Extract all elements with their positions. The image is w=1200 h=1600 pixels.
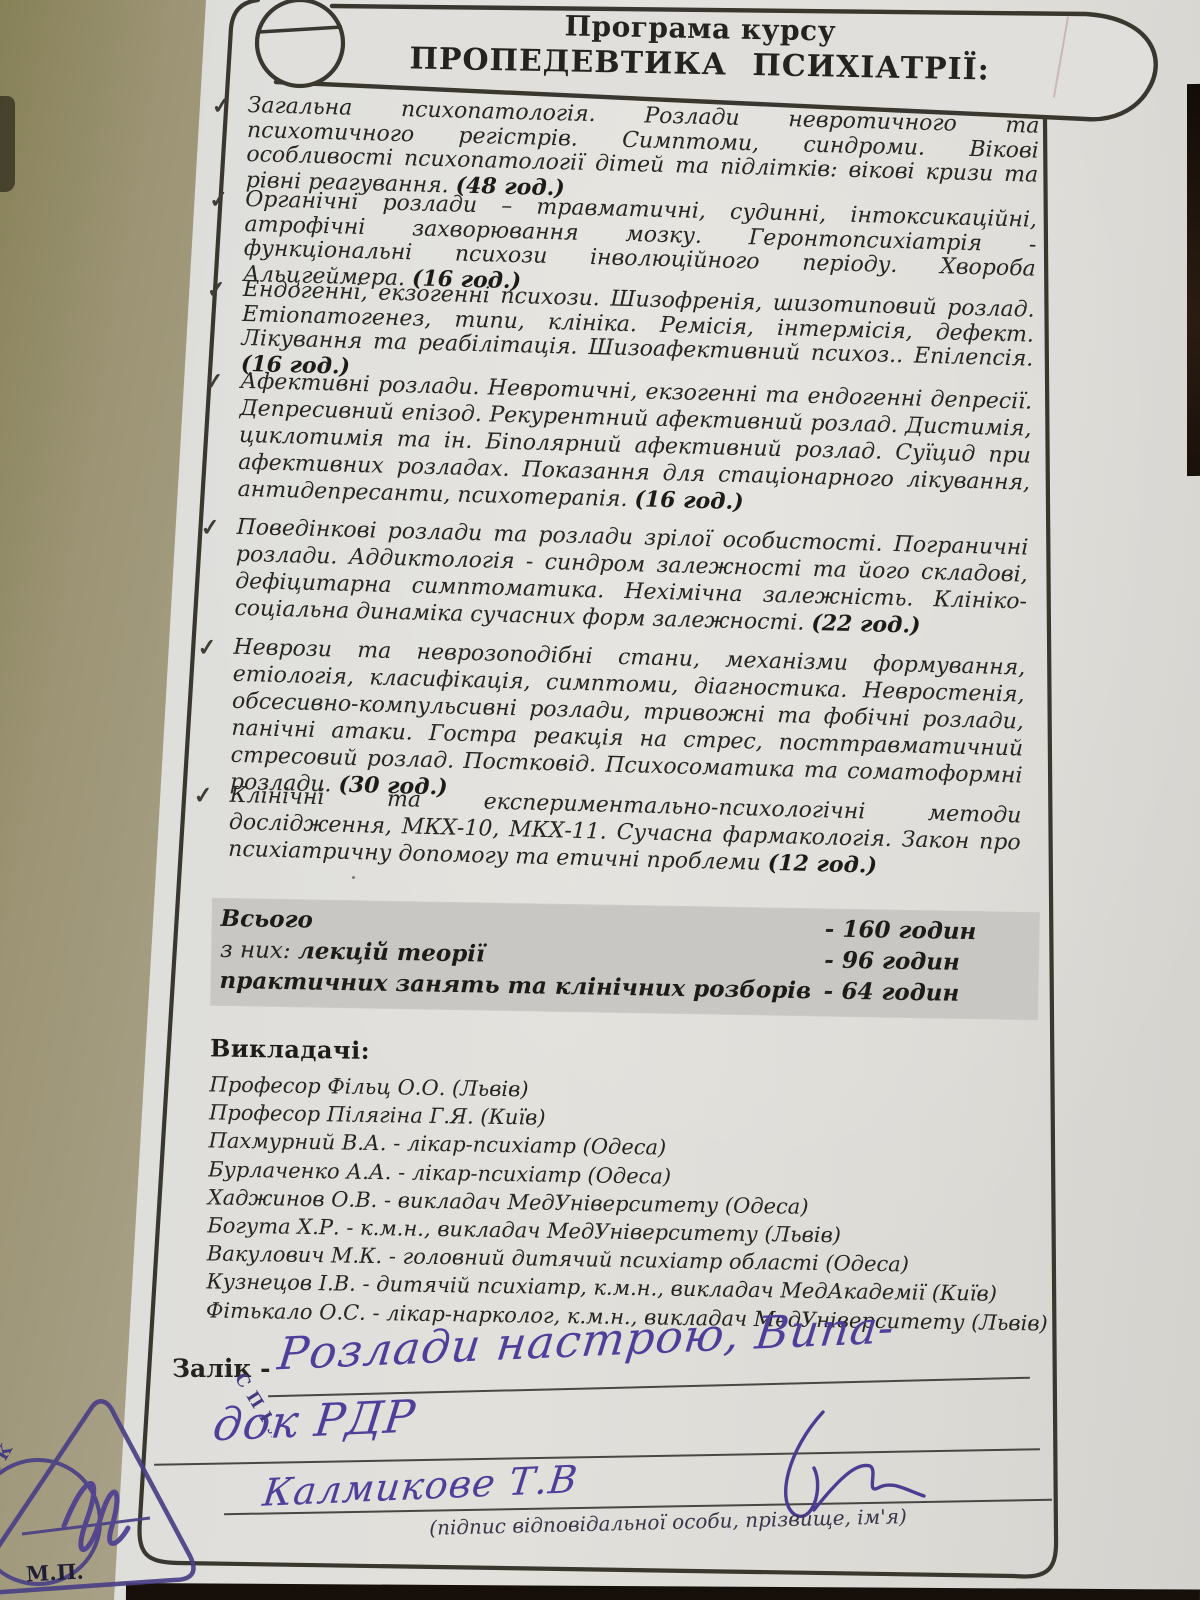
topic-item: ✓ Поведінкові розлади та розлади зрілої … bbox=[234, 514, 1029, 643]
topic-hours: (22 год.) bbox=[811, 610, 921, 639]
topic-hours: (16 год.) bbox=[634, 486, 744, 515]
checkmark-icon: ✓ bbox=[206, 278, 227, 304]
summary-value: 96 годин bbox=[842, 947, 1038, 977]
summary-value: 160 годин bbox=[842, 916, 1038, 946]
paper-speck bbox=[352, 876, 355, 879]
stamp-text-left: КРАЇНСЬК bbox=[0, 1435, 20, 1582]
instructors-section: Викладачі: Професор Фільц О.О. (Львів) П… bbox=[206, 1033, 1050, 1337]
table-edge-right bbox=[1187, 84, 1200, 476]
checkmark-icon: ✓ bbox=[203, 367, 224, 395]
summary-value: 64 годин bbox=[841, 978, 1037, 1008]
course-title: Програма курсу ПРОПЕДЕВТИКА ПСИХІАТРІЇ: bbox=[329, 5, 1070, 89]
topic-hours: (12 год.) bbox=[768, 850, 878, 879]
mp-label: М.П. bbox=[25, 1559, 84, 1587]
summary-dash: - bbox=[815, 977, 841, 1004]
checkmark-icon: ✓ bbox=[200, 513, 221, 541]
document-photo: Програма курсу ПРОПЕДЕВТИКА ПСИХІАТРІЇ: … bbox=[0, 0, 1200, 1600]
checkmark-icon: ✓ bbox=[193, 781, 214, 809]
stamp-text-right: СПІЛКА bbox=[230, 1370, 272, 1491]
checkmark-icon: ✓ bbox=[211, 94, 232, 120]
summary-table: Всього - 160 годин з них: лекцій теорії … bbox=[211, 899, 1039, 1019]
checkmark-icon: ✓ bbox=[196, 633, 217, 661]
summary-dash: - bbox=[816, 946, 842, 973]
summary-dash: - bbox=[816, 915, 842, 942]
topic-item: ✓ Афективні розлади. Невротичні, екзоген… bbox=[237, 368, 1032, 524]
checkmark-icon: ✓ bbox=[208, 188, 229, 214]
